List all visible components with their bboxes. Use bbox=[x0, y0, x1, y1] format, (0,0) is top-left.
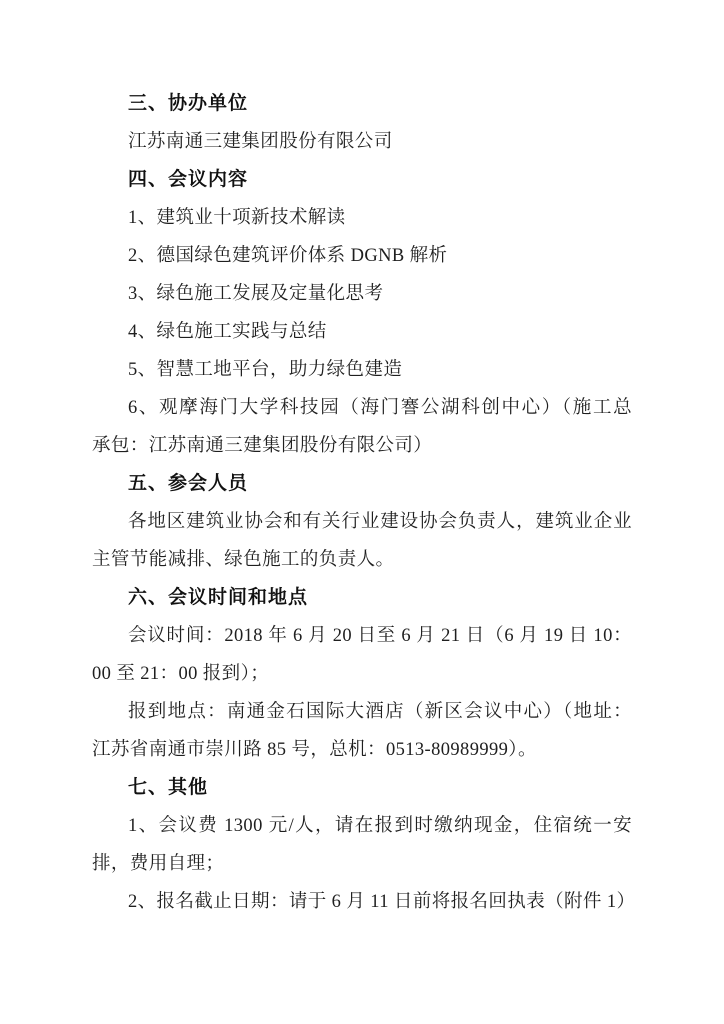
text-content-area: 三、协办单位 江苏南通三建集团股份有限公司 四、会议内容 1、建筑业十项新技术解… bbox=[92, 85, 632, 921]
agenda-item-3: 3、绿色施工发展及定量化思考 bbox=[92, 275, 632, 313]
document-page: 三、协办单位 江苏南通三建集团股份有限公司 四、会议内容 1、建筑业十项新技术解… bbox=[0, 0, 724, 1024]
heading-time-and-venue: 六、会议时间和地点 bbox=[92, 579, 632, 617]
agenda-item-2: 2、德国绿色建筑评价体系 DGNB 解析 bbox=[92, 237, 632, 275]
heading-co-organizer: 三、协办单位 bbox=[92, 85, 632, 123]
agenda-item-6-line-1: 6、观摩海门大学科技园（海门謇公湖科创中心）（施工总 bbox=[92, 389, 632, 427]
participants-line-2: 主管节能减排、绿色施工的负责人。 bbox=[92, 541, 632, 579]
heading-agenda: 四、会议内容 bbox=[92, 161, 632, 199]
meeting-time-line-2: 00 至 21：00 报到）； bbox=[92, 655, 632, 693]
other-item-1-line-2: 排，费用自理； bbox=[92, 845, 632, 883]
checkin-venue-line-1: 报到地点：南通金石国际大酒店（新区会议中心）（地址： bbox=[92, 693, 632, 731]
agenda-item-4: 4、绿色施工实践与总结 bbox=[92, 313, 632, 351]
other-item-1-line-1: 1、会议费 1300 元/人，请在报到时缴纳现金，住宿统一安 bbox=[92, 807, 632, 845]
agenda-item-6-line-2: 承包：江苏南通三建集团股份有限公司） bbox=[92, 427, 632, 465]
heading-participants: 五、参会人员 bbox=[92, 465, 632, 503]
agenda-item-5: 5、智慧工地平台，助力绿色建造 bbox=[92, 351, 632, 389]
checkin-venue-line-2: 江苏省南通市崇川路 85 号，总机：0513-80989999）。 bbox=[92, 731, 632, 769]
heading-others: 七、其他 bbox=[92, 769, 632, 807]
agenda-item-1: 1、建筑业十项新技术解读 bbox=[92, 199, 632, 237]
meeting-time-line-1: 会议时间：2018 年 6 月 20 日至 6 月 21 日（6 月 19 日 … bbox=[92, 617, 632, 655]
co-organizer-name: 江苏南通三建集团股份有限公司 bbox=[92, 123, 632, 161]
participants-line-1: 各地区建筑业协会和有关行业建设协会负责人，建筑业企业 bbox=[92, 503, 632, 541]
other-item-2-line-1: 2、报名截止日期：请于 6 月 11 日前将报名回执表（附件 1） bbox=[92, 883, 632, 921]
